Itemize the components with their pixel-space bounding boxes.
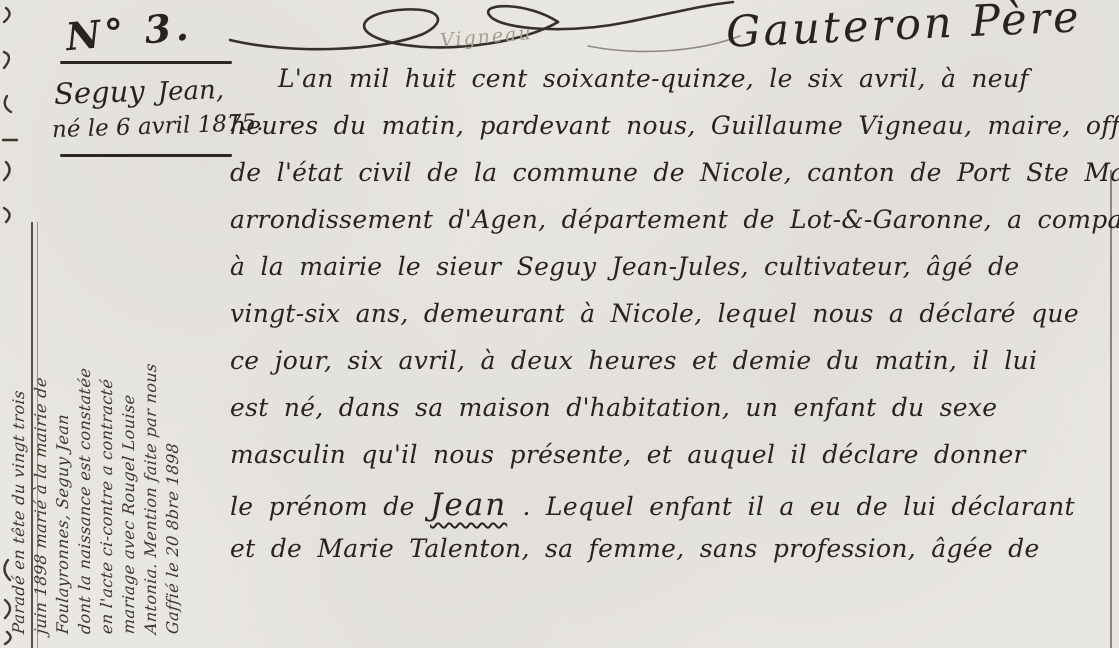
act-line: de l'état civil de la commune de Nicole,…	[230, 158, 1119, 205]
act-number: N° 3.	[40, 0, 235, 61]
act-text-column: Vigneau Gauteron Père L'an mil huit cent…	[228, 0, 1119, 648]
child-surname: Seguy	[53, 74, 145, 111]
act-line: arrondissement d'Agen, département de Lo…	[230, 205, 1119, 252]
annotation-line: mariage avec Rougel Louise	[118, 213, 140, 635]
margin-rule-bottom	[60, 154, 232, 157]
annotation-line: Foulayronnes, Seguy Jean	[52, 213, 74, 635]
birth-date-note: né le 6 avril 1875.	[52, 111, 235, 143]
signature-gauteron-pere: Gauteron Père	[725, 0, 1083, 58]
child-given-name: Jean,	[157, 75, 224, 107]
annotation-line: en l'acte ci-contre a contracté	[96, 213, 118, 635]
act-line: L'an mil huit cent soixante-quinze, le s…	[230, 64, 1119, 111]
act-line: masculin qu'il nous présente, et auquel …	[230, 440, 1119, 487]
child-forename-emphasized: Jean	[430, 487, 507, 523]
scanned-birth-record-page: N° 3. Seguy Jean, né le 6 avril 1875. Pa…	[0, 0, 1119, 648]
annotation-line: Paradé en tête du vingt trois	[8, 213, 30, 635]
margin-column: N° 3. Seguy Jean, né le 6 avril 1875.	[42, 8, 234, 157]
name-line-prefix: le prénom de	[230, 492, 415, 521]
annotation-line: dont la naissance est constatée	[74, 213, 96, 635]
marriage-margin-annotation: Paradé en tête du vingt trois juin 1898 …	[8, 214, 186, 634]
act-line: est né, dans sa maison d'habitation, un …	[230, 393, 1119, 440]
act-line: à la mairie le sieur Seguy Jean-Jules, c…	[230, 252, 1119, 299]
act-line-child-name: le prénom de Jean . Lequel enfant il a e…	[230, 487, 1119, 534]
annotation-line: Antonia. Mention faite par nous	[140, 213, 162, 635]
annotation-line: juin 1898 marié à la mairie de	[30, 213, 52, 635]
act-line: ce jour, six avril, à deux heures et dem…	[230, 346, 1119, 393]
act-line: vingt-six ans, demeurant à Nicole, leque…	[230, 299, 1119, 346]
act-body-text: L'an mil huit cent soixante-quinze, le s…	[230, 64, 1119, 581]
annotation-line: Gaffié le 20 8bre 1898	[162, 213, 184, 635]
act-line-mother: et de Marie Talenton, sa femme, sans pro…	[230, 534, 1119, 581]
margin-rule-top	[60, 61, 232, 64]
act-line: heures du matin, pardevant nous, Guillau…	[230, 111, 1119, 158]
child-name-heading: Seguy Jean,	[53, 71, 224, 111]
name-line-suffix: . Lequel enfant il a eu de lui déclarant	[522, 492, 1074, 521]
